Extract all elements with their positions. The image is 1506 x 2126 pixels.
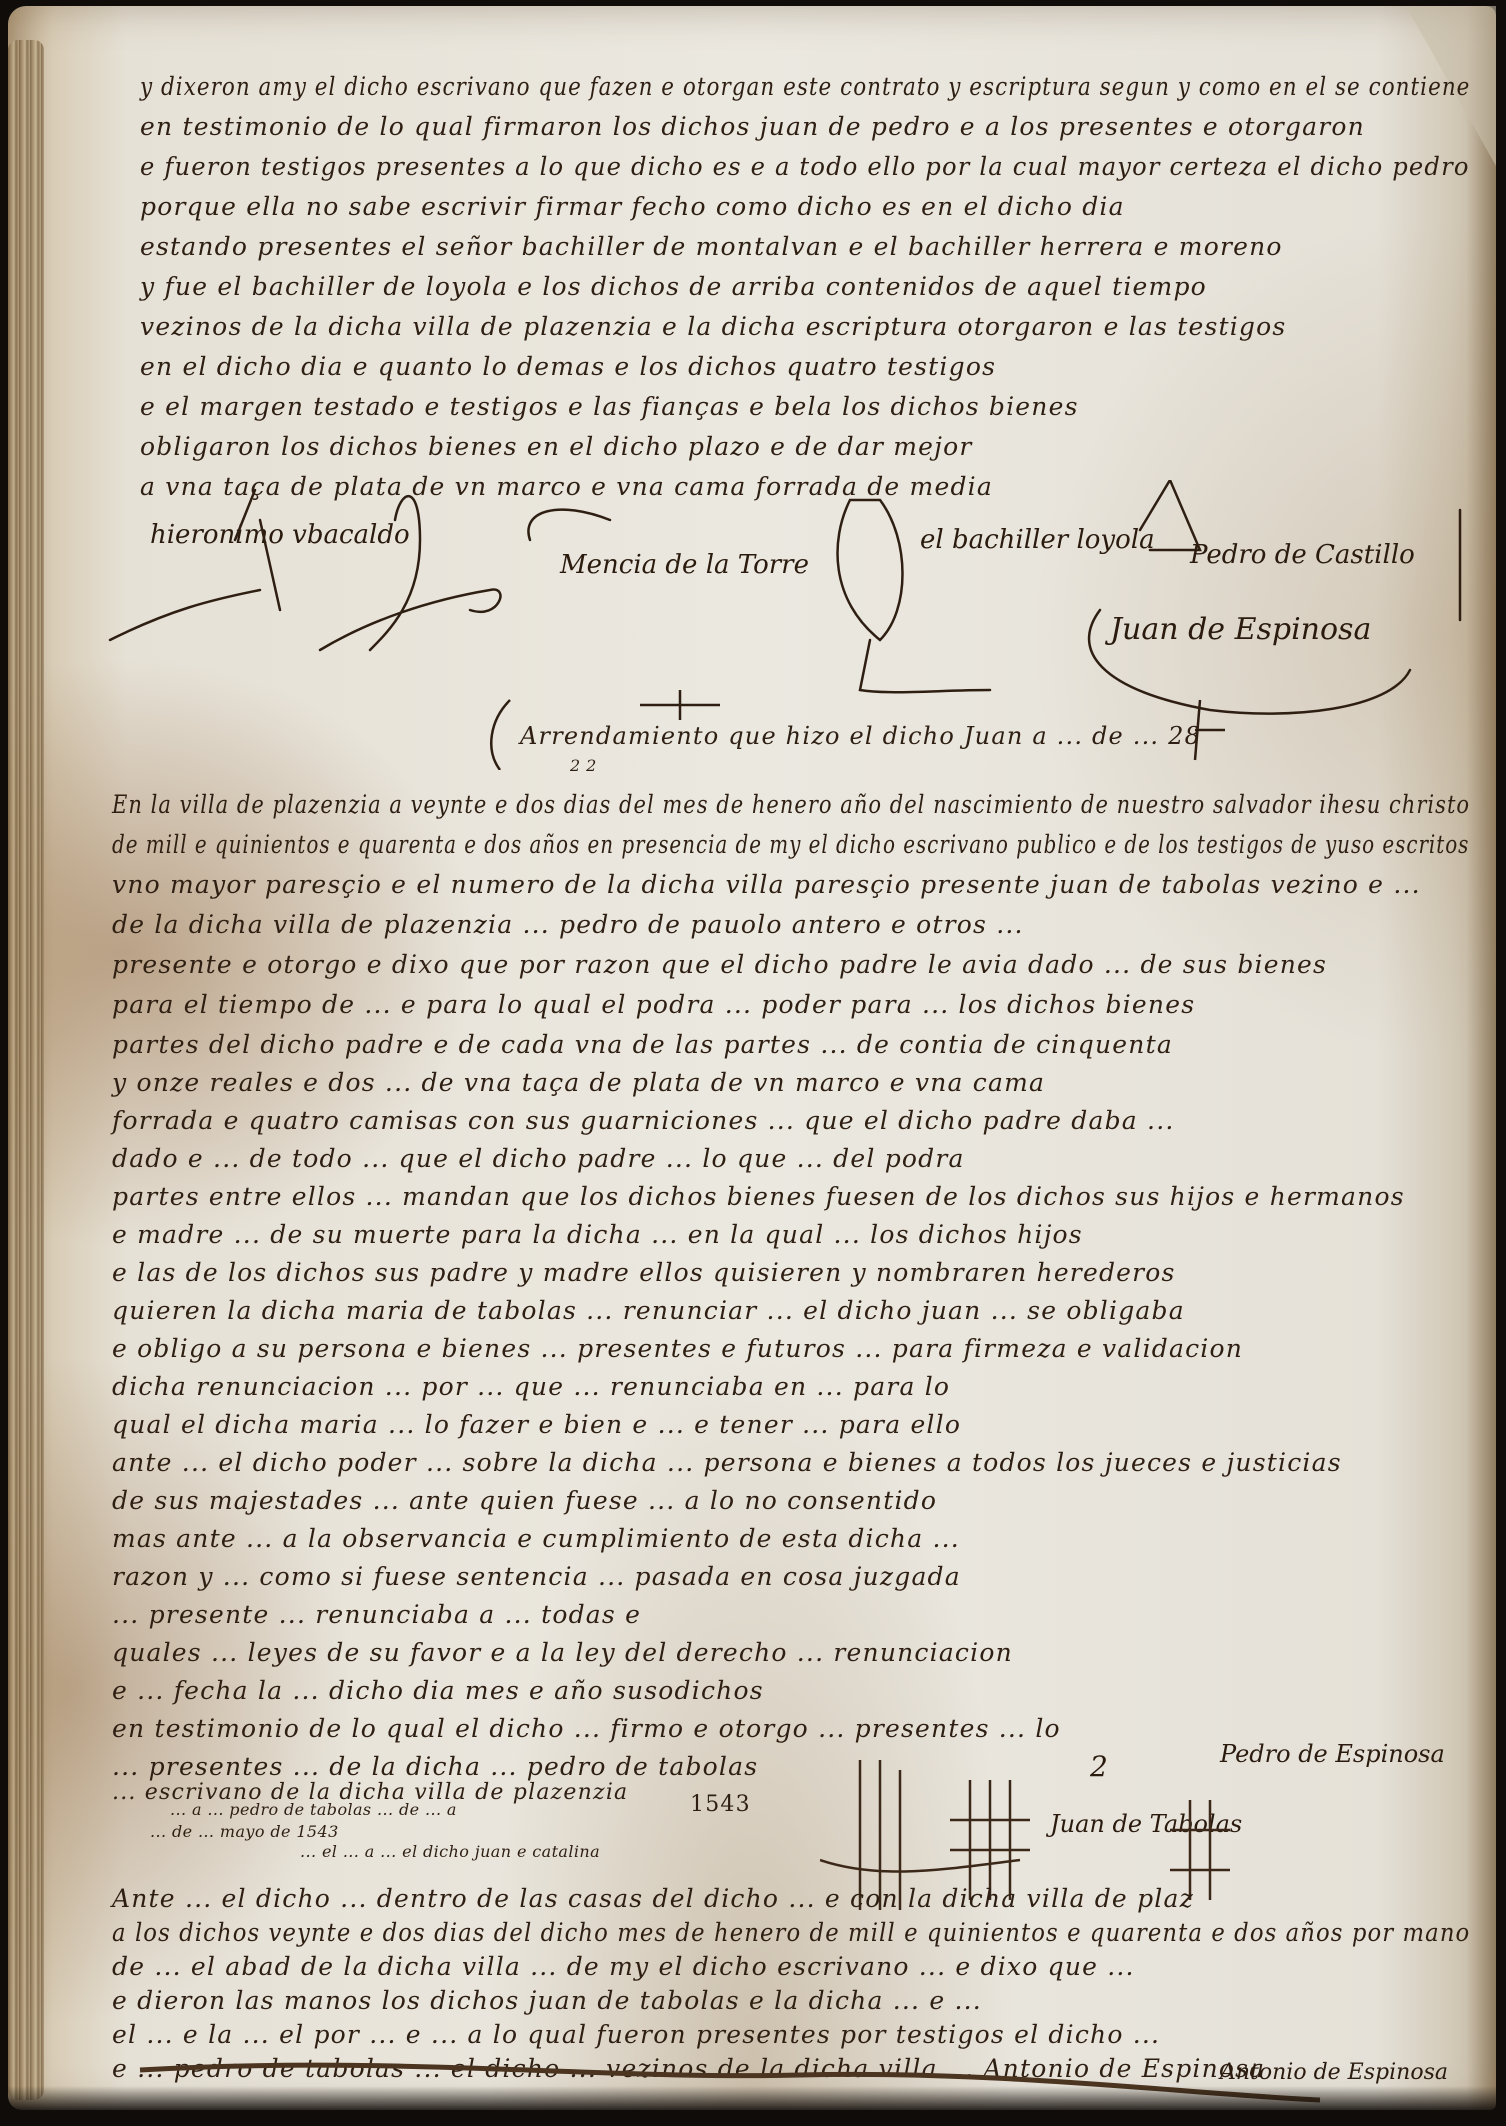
text-line: para el tiempo de ... e para lo qual el … <box>112 990 1195 1019</box>
margin-note-line-2: ... de ... mayo de 1543 <box>150 1822 339 1841</box>
book-binding-edge <box>8 40 44 2100</box>
text-line: en el dicho dia e quanto lo demas e los … <box>140 352 996 381</box>
text-line: vezinos de la dicha villa de plazenzia e… <box>140 312 1286 341</box>
text-line: el ... e la ... el por ... e ... a lo qu… <box>112 2020 1160 2049</box>
text-line: de ... el abad de la dicha villa ... de … <box>112 1952 1135 1981</box>
text-line: e madre ... de su muerte para la dicha .… <box>112 1220 1083 1249</box>
margin-note-line-1: ... a ... pedro de tabolas ... de ... a <box>170 1800 457 1819</box>
text-line: e dieron las manos los dichos juan de ta… <box>112 1986 982 2015</box>
text-line: en testimonio de lo qual el dicho ... fi… <box>112 1714 1061 1743</box>
text-line: obligaron los dichos bienes en el dicho … <box>140 432 973 461</box>
margin-note-line-3: ... el ... a ... el dicho juan e catalin… <box>300 1842 600 1861</box>
text-line: ... presentes ... de la dicha ... pedro … <box>112 1752 758 1781</box>
text-line: partes entre ellos ... mandan que los di… <box>112 1182 1405 1211</box>
torn-bottom-edge <box>0 2086 1506 2126</box>
signature-6: Pedro de Espinosa <box>1220 1740 1445 1768</box>
heading-marks: 2 2 <box>570 756 597 775</box>
text-line: Ante ... el dicho ... dentro de las casa… <box>112 1884 1194 1913</box>
closing-signature: Antonio de Espinosa <box>1220 2060 1448 2085</box>
text-line: presente e otorgo e dixo que por razon q… <box>112 950 1327 979</box>
text-line: a los dichos veynte e dos dias del dicho… <box>112 1918 1470 1947</box>
text-line: quieren la dicha maria de tabolas ... re… <box>112 1296 1185 1325</box>
text-line: de la dicha villa de plazenzia ... pedro… <box>112 910 1024 939</box>
text-line: En la villa de plazenzia a veynte e dos … <box>112 790 1470 819</box>
text-line: en testimonio de lo qual firmaron los di… <box>140 112 1365 141</box>
text-line: e el margen testado e testigos e las fia… <box>140 392 1079 421</box>
margin-note-year: 1543 <box>690 1792 751 1817</box>
text-line: qual el dicha maria ... lo fazer e bien … <box>112 1410 961 1439</box>
text-line: e fueron testigos presentes a lo que dic… <box>140 152 1470 181</box>
text-line: mas ante ... a la observancia e cumplimi… <box>112 1524 960 1553</box>
text-line: de mill e quinientos e quarenta e dos añ… <box>112 830 1469 859</box>
text-line: forrada e quatro camisas con sus guarnic… <box>112 1106 1175 1135</box>
heading-title: Arrendamiento que hizo el dicho Juan a .… <box>520 722 1201 750</box>
text-line: estando presentes el señor bachiller de … <box>140 232 1283 261</box>
text-line: partes del dicho padre e de cada vna de … <box>112 1030 1173 1059</box>
text-line: e las de los dichos sus padre y madre el… <box>112 1258 1176 1287</box>
text-line: porque ella no sabe escrivir firmar fech… <box>140 192 1125 221</box>
text-line: y onze reales e dos ... de vna taça de p… <box>112 1068 1045 1097</box>
text-line: e obligo a su persona e bienes ... prese… <box>112 1334 1243 1363</box>
text-line: de sus majestades ... ante quien fuese .… <box>112 1486 937 1515</box>
text-line: ante ... el dicho poder ... sobre la dic… <box>112 1448 1342 1477</box>
text-line: vno mayor paresçio e el numero de la dic… <box>112 870 1421 899</box>
text-line: e ... fecha la ... dicho dia mes e año s… <box>112 1676 764 1705</box>
text-line: y fue el bachiller de loyola e los dicho… <box>140 272 1207 301</box>
text-line: ... presente ... renunciaba a ... todas … <box>112 1600 641 1629</box>
text-line: dado e ... de todo ... que el dicho padr… <box>112 1144 965 1173</box>
text-line: razon y ... como si fuese sentencia ... … <box>112 1562 961 1591</box>
text-line: quales ... leyes de su favor e a la ley … <box>112 1638 1013 1667</box>
text-line: y dixeron amy el dicho escrivano que faz… <box>140 72 1470 101</box>
text-line: dicha renunciacion ... por ... que ... r… <box>112 1372 950 1401</box>
